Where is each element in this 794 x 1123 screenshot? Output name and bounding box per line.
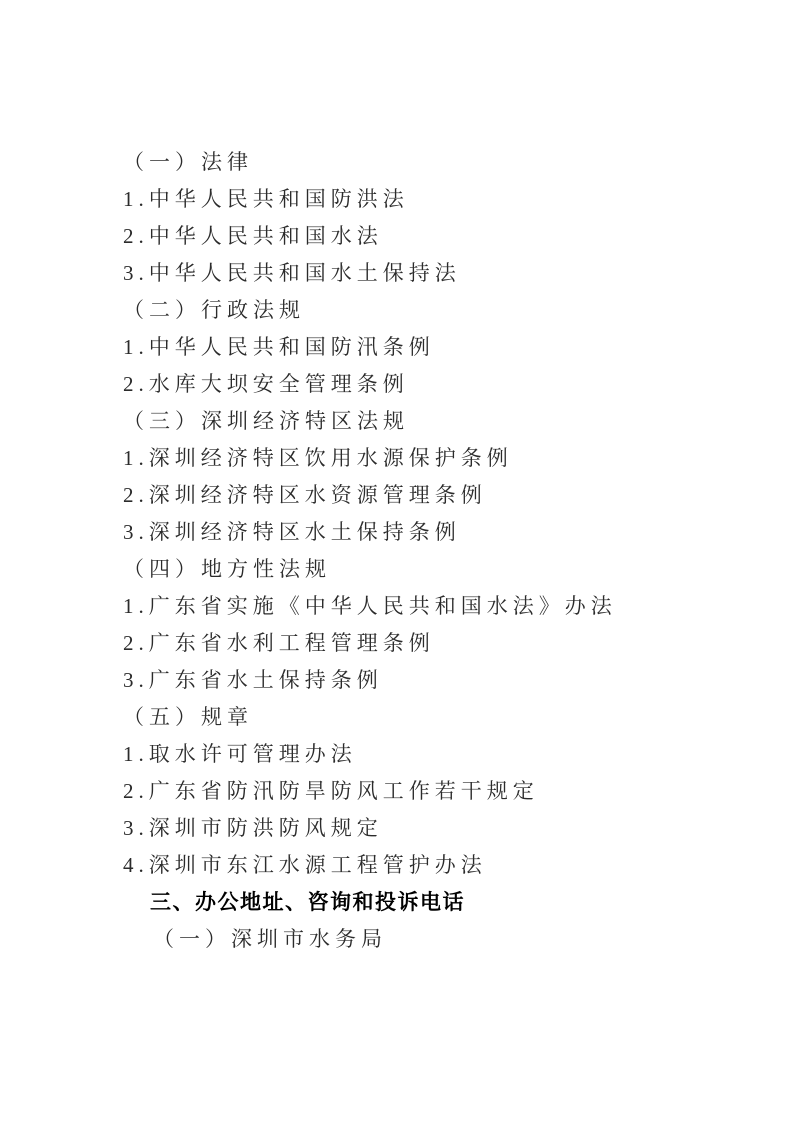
list-item: 2.广东省防汛防旱防风工作若干规定 xyxy=(123,773,617,810)
section-label: （二）行政法规 xyxy=(123,292,617,329)
list-item: 3.深圳市防洪防风规定 xyxy=(123,810,617,847)
section-label: （一）法律 xyxy=(123,144,617,181)
section-label: （五）规章 xyxy=(123,699,617,736)
list-item: 3.中华人民共和国水土保持法 xyxy=(123,255,617,292)
list-item: 1.中华人民共和国防汛条例 xyxy=(123,329,617,366)
chapter-heading: 三、办公地址、咨询和投诉电话 xyxy=(150,884,617,921)
section-label: （三）深圳经济特区法规 xyxy=(123,403,617,440)
section-label: （一）深圳市水务局 xyxy=(153,921,617,958)
list-item: 1.深圳经济特区饮用水源保护条例 xyxy=(123,440,617,477)
list-item: 2.水库大坝安全管理条例 xyxy=(123,366,617,403)
list-item: 1.取水许可管理办法 xyxy=(123,736,617,773)
list-item: 1.广东省实施《中华人民共和国水法》办法 xyxy=(123,588,617,625)
list-item: 4.深圳市东江水源工程管护办法 xyxy=(123,847,617,884)
list-item: 2.广东省水利工程管理条例 xyxy=(123,625,617,662)
list-item: 2.中华人民共和国水法 xyxy=(123,218,617,255)
list-item: 2.深圳经济特区水资源管理条例 xyxy=(123,477,617,514)
document-content: （一）法律1.中华人民共和国防洪法2.中华人民共和国水法3.中华人民共和国水土保… xyxy=(123,144,617,958)
list-item: 3.广东省水土保持条例 xyxy=(123,662,617,699)
document-page: （一）法律1.中华人民共和国防洪法2.中华人民共和国水法3.中华人民共和国水土保… xyxy=(0,0,794,1123)
list-item: 1.中华人民共和国防洪法 xyxy=(123,181,617,218)
list-item: 3.深圳经济特区水土保持条例 xyxy=(123,514,617,551)
section-label: （四）地方性法规 xyxy=(123,551,617,588)
